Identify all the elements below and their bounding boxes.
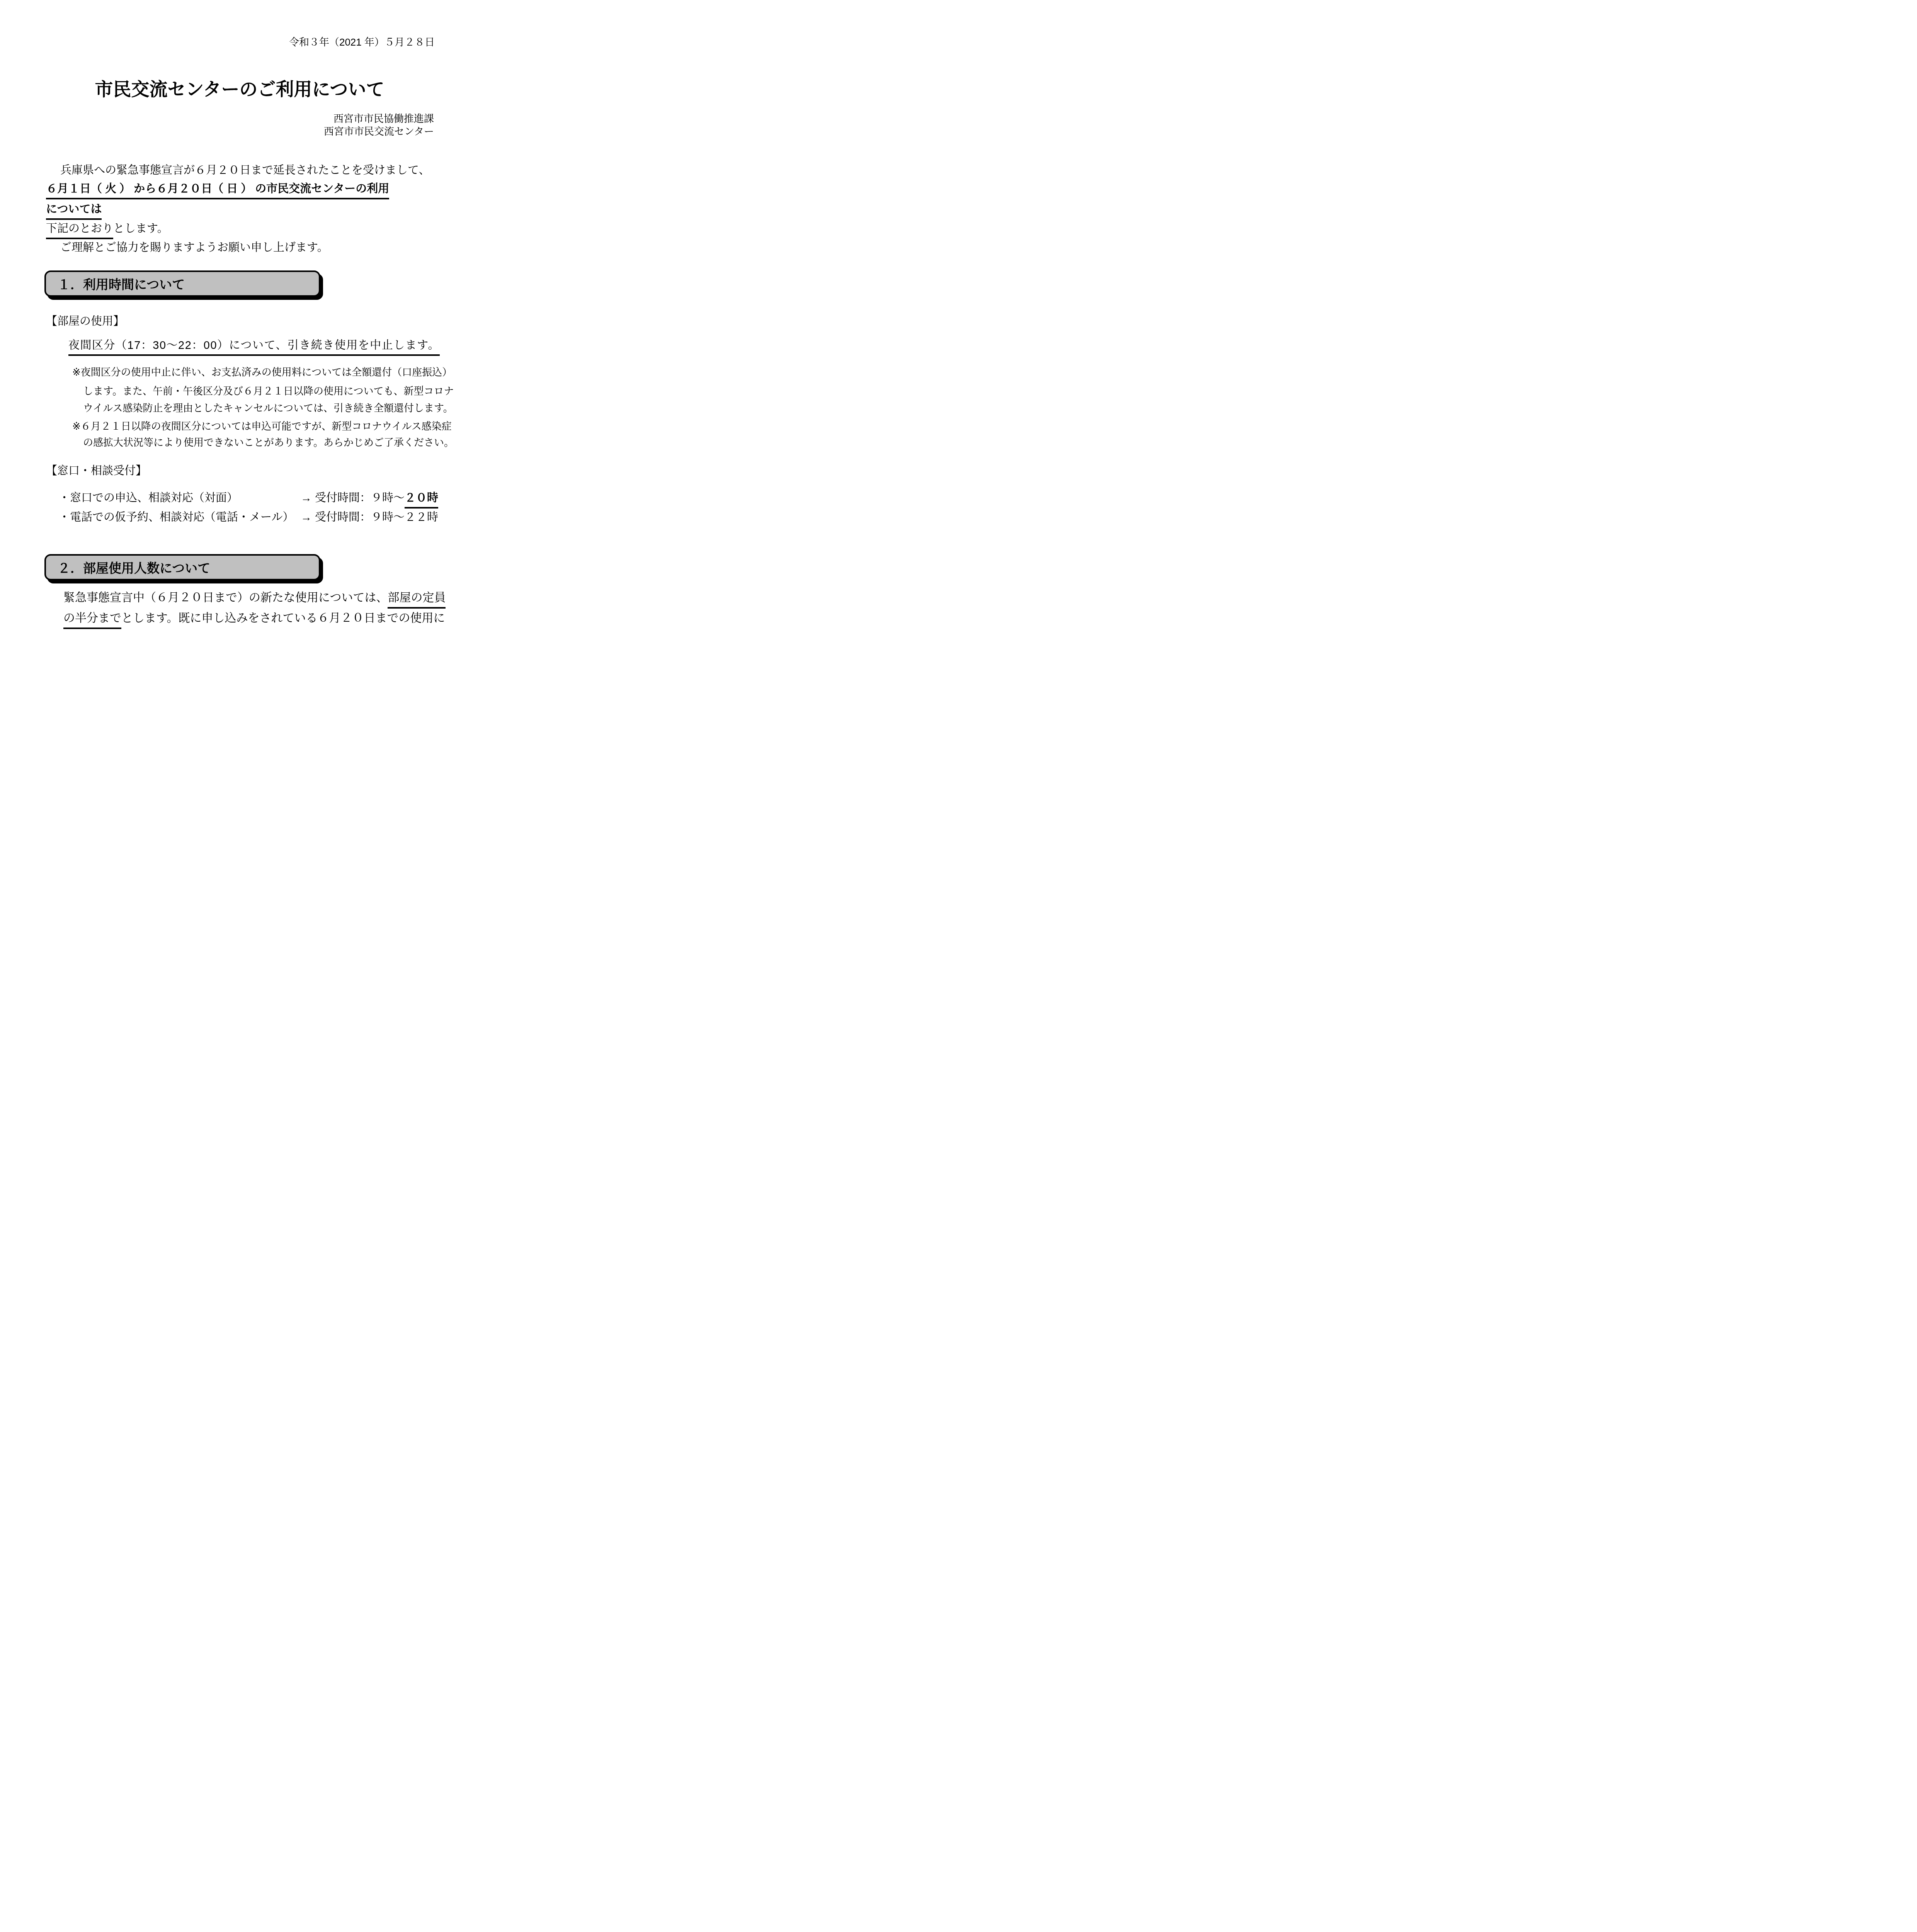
note2-line-2: の感拡大状況等により使用できないことがあります。あらかじめご了承ください。 <box>83 436 454 449</box>
section2-line-2-underlined: の半分まで <box>63 611 121 629</box>
section2-line-1-underlined: 部屋の定員 <box>388 590 446 609</box>
intro-line-5: ご理解とご協力を賜りますようお願い申し上げます。 <box>60 241 328 255</box>
intro-line-3: については <box>46 202 102 220</box>
doc-date: 令和３年（2021 年）５月２８日 <box>289 36 435 49</box>
night-notice-underlined: 夜間区分（17：30～22：00）について、引き続き使用を中止します。 <box>68 338 440 356</box>
desk-row-2: ・電話での仮予約、相談対応（電話・メール）→ 受付時間：９時～２２時 <box>59 510 438 524</box>
desk-row-1-time-prefix: → 受付時間：９時～ <box>301 492 405 504</box>
org-line-1: 西宮市市民協働推進課 <box>333 112 434 125</box>
night-notice: 夜間区分（17：30～22：00）について、引き続き使用を中止します。 <box>68 338 440 356</box>
section2-line-2: の半分までとします。既に申し込みをされている６月２０日までの使用に <box>63 611 445 629</box>
intro-line-2: ６月１日（ 火 ） から６月２０日（ 日 ） の市民交流センターの利用 <box>46 182 389 199</box>
desk-row-2-label: ・電話での仮予約、相談対応（電話・メール） <box>59 510 301 524</box>
section1-heading: １．利用時間について <box>58 275 185 293</box>
desk-row-2-time: → 受付時間：９時～２２時 <box>301 511 438 524</box>
section2-heading-box: ２．部屋使用人数について <box>44 554 320 580</box>
intro-line-4-rest: とします。 <box>113 223 168 235</box>
intro-line-3-emphasis: については <box>46 202 102 220</box>
intro-line-2-emphasis: ６月１日（ 火 ） から６月２０日（ 日 ） の市民交流センターの利用 <box>46 182 389 199</box>
desk-row-1-time-strong: ２０時 <box>405 491 438 509</box>
intro-line-4: 下記のとおりとします。 <box>46 222 168 239</box>
desk-row-1-label: ・窓口での申込、相談対応（対面） <box>59 491 301 505</box>
desk-label: 【窓口・相談受付】 <box>46 464 147 478</box>
section1-heading-box: １．利用時間について <box>44 270 320 297</box>
note1-line-3: ウイルス感染防止を理由としたキャンセルについては、引き続き全額還付します。 <box>83 402 453 415</box>
section2-heading: ２．部屋使用人数について <box>58 558 210 577</box>
note1-line-1: ※夜間区分の使用中止に伴い、お支払済みの使用料については全額還付（口座振込） <box>72 366 452 379</box>
doc-title: 市民交流センターのご利用について <box>0 78 479 100</box>
intro-line-1: 兵庫県への緊急事態宣言が６月２０日まで延長されたことを受けまして、 <box>60 163 430 177</box>
org-line-2: 西宮市市民交流センター <box>324 125 434 138</box>
section2-line-1-normal: 緊急事態宣言中（６月２０日まで）の新たな使用については、 <box>63 591 388 604</box>
note2-line-1: ※６月２１日以降の夜間区分については申込可能ですが、新型コロナウイルス感染症 <box>72 420 452 433</box>
room-use-label: 【部屋の使用】 <box>46 315 124 328</box>
intro-line-4-underlined: 下記のとおり <box>46 222 113 239</box>
document-page: 令和３年（2021 年）５月２８日 市民交流センターのご利用について 西宮市市民… <box>0 0 479 678</box>
section2-line-1: 緊急事態宣言中（６月２０日まで）の新たな使用については、部屋の定員 <box>63 590 446 609</box>
desk-row-1: ・窓口での申込、相談対応（対面）→ 受付時間：９時～２０時 <box>59 491 438 509</box>
note1-line-2: します。また、午前・午後区分及び６月２１日以降の使用についても、新型コロナ <box>83 385 454 398</box>
section2-line-2-normal: とします。既に申し込みをされている６月２０日までの使用に <box>121 612 445 624</box>
